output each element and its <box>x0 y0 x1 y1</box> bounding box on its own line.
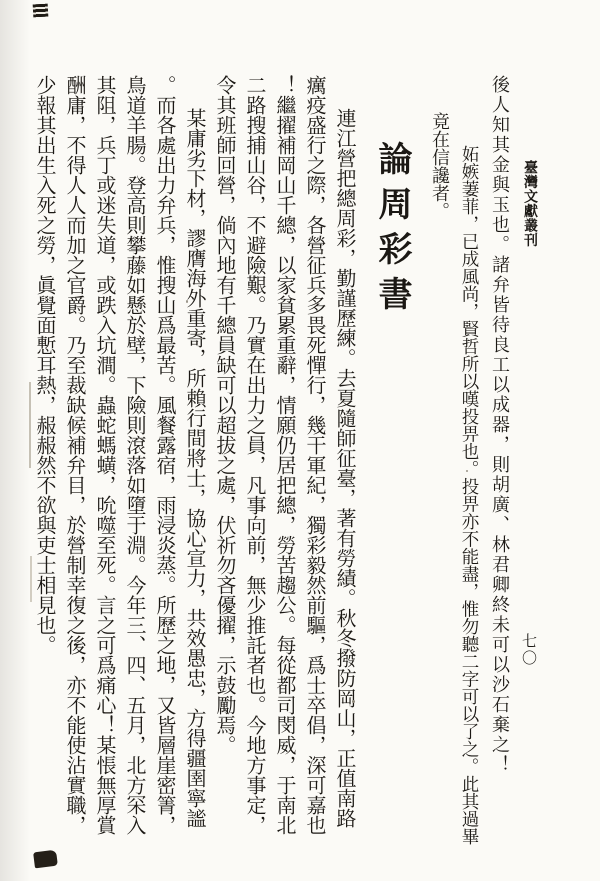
scan-artifact-bottom-left <box>33 850 58 869</box>
page-number: 七〇 <box>518 633 540 667</box>
body-column: 二路搜捕山谷，不避險艱。乃實在出力之員，凡事向前，無少推託者也。今地方事定， <box>240 75 270 867</box>
scan-speck <box>466 470 468 472</box>
series-title: 臺灣文獻叢刊 <box>519 160 540 247</box>
body-column: 鳥道羊腸。登高則攀藤如懸於壁，下險則滾落如墮于淵。今年三、四、五月，北方罙入 <box>120 75 150 867</box>
scanned-book-page: 臺灣文獻叢刊 七〇 後人知其金與玉也。諸弁皆待良工以成器，則胡廣、林君卿終未可以… <box>0 0 600 881</box>
text-block: 後人知其金與玉也。諸弁皆待良工以成器，則胡廣、林君卿終未可以沙石棄之！ 妬嫉萋菲… <box>30 75 514 867</box>
body-column: 連江營把總周彩，勤謹歷練。去夏隨師征臺，著有勞績。秋冬撥防岡山，正值南路 <box>330 75 360 867</box>
scan-edge-line <box>30 556 32 602</box>
body-column: 某庸劣下材，謬膺海外重寄，所賴行間將士，協心宣力，共效愚忠，方得疆圉寧謐 <box>180 75 210 867</box>
body-column: 酬庸，不得人人而加之官爵。乃至裁缺候補弁目，於營制幸復之後，亦不能使沾實職， <box>60 75 90 867</box>
scan-edge-line <box>29 382 31 468</box>
scan-artifact-top-left <box>33 4 49 18</box>
body-column: 。而各處出力弁兵，惟搜山爲最苦。風餐露宿，雨浸炎蒸。所歷之地，又皆層崖密箐， <box>150 75 180 867</box>
quote-column: 妬嫉萋菲，已成風尚，賢哲所以嘆投畀也。投畀亦不能盡，惟勿聽二字可以了之。此其過畢 <box>454 75 484 867</box>
quote-column: 竟在信讒者。 <box>424 75 454 867</box>
body-column: 其阻，兵丁或迷失道，或跌入坑澗。蟲蛇螞蟥，吮噬至死。言之可爲痛心！某悵無厚賞 <box>90 75 120 867</box>
article-title: 論周彩書 <box>372 75 412 867</box>
scan-speck <box>186 300 188 303</box>
prev-letter-column: 後人知其金與玉也。諸弁皆待良工以成器，則胡廣、林君卿終未可以沙石棄之！ <box>484 75 514 867</box>
body-column: 令其班師回營，倘內地有千總員缺可以超拔之處，伏祈勿吝優擢，示鼓勵焉。 <box>210 75 240 867</box>
body-column: ！繼擢補岡山千總，以家貧累重辭，情願仍居把總，勞苦趨公。每從都司閔威，于南北 <box>270 75 300 867</box>
body-column: 癘疫盛行之際，各營征兵多畏死憚行，幾干軍紀，獨彩毅然前驅，爲士卒倡，深可嘉也 <box>300 75 330 867</box>
body-column: 少報其出生入死之勞，眞覺面慙耳熱，赧赧然不欲與吏士相見也。 <box>30 75 60 867</box>
scan-speck <box>352 700 355 703</box>
